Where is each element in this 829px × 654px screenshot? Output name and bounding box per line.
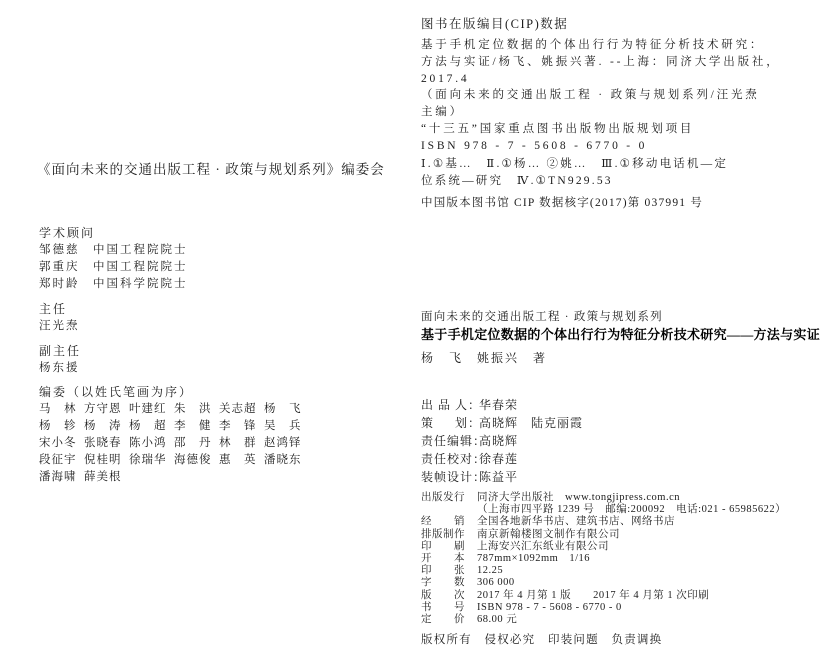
pub-value: ISBN 978 - 7 - 5608 - 6770 - 0: [477, 602, 622, 614]
pub-row: （上海市四平路 1239 号 邮编:200092 电话:021 - 659856…: [421, 504, 786, 516]
member-name: [129, 469, 174, 486]
member-name: 海德俊: [174, 452, 219, 469]
editorial-board-title: 《面向未来的交通出版工程 · 政策与规划系列》编委会: [37, 158, 385, 178]
editorial-members-section: 编委（以姓氏笔画为序） 马 林 方守恩 叶建红 朱 洪 关志超 杨 飞 杨 轸 …: [39, 384, 379, 486]
book-copyright-page: { "left": { "title": "《面向未来的交通出版工程 · 政策与…: [0, 0, 829, 654]
pub-row: 印 刷 上海安兴汇东纸业有限公司: [421, 541, 786, 553]
pub-value: 上海安兴汇东纸业有限公司: [477, 541, 609, 553]
cip-line: “十三五”国家重点图书出版物出版规划项目: [421, 121, 825, 138]
advisors-section: 学术顾问 邹德慈 中国工程院院士 郭重庆 中国工程院院士 郑时龄 中国科学院院士: [39, 225, 379, 293]
advisors-heading: 学术顾问: [39, 225, 379, 242]
pub-label: [421, 504, 477, 516]
staff-value: 徐春莲: [479, 450, 518, 468]
pub-label: 印 刷: [421, 541, 477, 553]
staff-value: 华春荣: [479, 396, 518, 414]
series-name: 面向未来的交通出版工程 · 政策与规划系列: [421, 308, 663, 324]
staff-value: 高晓辉: [479, 432, 518, 450]
member-name: 朱 洪: [174, 401, 219, 418]
member-name: 马 林: [39, 401, 84, 418]
member-name: 叶建红: [129, 401, 174, 418]
advisor-line: 郑时龄 中国科学院院士: [39, 276, 379, 293]
deputy-director-name: 杨东援: [39, 360, 379, 377]
pub-row: 印 张 12.25: [421, 565, 786, 577]
member-name: 惠 英: [219, 452, 264, 469]
pub-row: 定 价 68.00 元: [421, 614, 786, 626]
member-name: [174, 469, 219, 486]
director-section: 主任 汪光焘: [39, 301, 379, 335]
staff-label: 策 划：: [421, 414, 479, 432]
advisor-line: 郭重庆 中国工程院院士: [39, 259, 379, 276]
staff-label: 责任校对：: [421, 450, 479, 468]
director-heading: 主任: [39, 301, 379, 318]
pub-label: 开 本: [421, 553, 477, 565]
cip-body: 基于手机定位数据的个体出行行为特征分析技术研究： 方法与实证/杨飞、姚振兴著. …: [421, 37, 825, 155]
pub-value: （上海市四平路 1239 号 邮编:200092 电话:021 - 659856…: [477, 504, 786, 516]
deputy-director-heading: 副主任: [39, 343, 379, 360]
advisor-line: 邹德慈 中国工程院院士: [39, 242, 379, 259]
pub-value: 787mm×1092mm 1/16: [477, 553, 590, 565]
member-name: 陈小鸿: [129, 435, 174, 452]
cip-line: 方法与实证/杨飞、姚振兴著. --上海：同济大学出版社，: [421, 54, 825, 71]
cip-heading: 图书在版编目(CIP)数据: [421, 14, 568, 32]
cip-class-line: 位系统—研究 Ⅳ.①TN929.53: [421, 173, 825, 190]
member-name: 关志超: [219, 401, 264, 418]
cip-line: 基于手机定位数据的个体出行行为特征分析技术研究：: [421, 37, 825, 54]
staff-row: 策 划： 高晓辉 陆克丽霞: [421, 414, 583, 432]
member-name: 李 锋: [219, 418, 264, 435]
pub-label: 排版制作: [421, 529, 477, 541]
member-name: 李 健: [174, 418, 219, 435]
member-name: 方守恩: [84, 401, 129, 418]
copyright-notice: 版权所有 侵权必究 印装问题 负责调换: [421, 631, 662, 647]
pub-label: 书 号: [421, 602, 477, 614]
pub-row: 版 次 2017 年 4 月第 1 版 2017 年 4 月第 1 次印刷: [421, 590, 786, 602]
staff-list: 出 品 人： 华春荣 策 划： 高晓辉 陆克丽霞 责任编辑： 高晓辉 责任校对：…: [421, 396, 583, 486]
pub-row: 字 数 306 000: [421, 577, 786, 589]
staff-row: 出 品 人： 华春荣: [421, 396, 583, 414]
member-name: 段征宇: [39, 452, 84, 469]
book-title: 基于手机定位数据的个体出行行为特征分析技术研究——方法与实证: [421, 324, 820, 343]
staff-label: 装帧设计：: [421, 468, 479, 486]
staff-label: 责任编辑：: [421, 432, 479, 450]
editorial-members-grid: 马 林 方守恩 叶建红 朱 洪 关志超 杨 飞 杨 轸 杨 涛 杨 超 李 健 …: [39, 401, 379, 486]
pub-value: 12.25: [477, 565, 503, 577]
pub-value: 306 000: [477, 577, 515, 589]
pub-label: 定 价: [421, 614, 477, 626]
staff-row: 责任校对： 徐春莲: [421, 450, 583, 468]
pub-row: 开 本 787mm×1092mm 1/16: [421, 553, 786, 565]
member-name: 薛美根: [84, 469, 129, 486]
pub-value: 全国各地新华书店、建筑书店、网络书店: [477, 516, 675, 528]
pub-value: 南京新翰楼图文制作有限公司: [477, 529, 620, 541]
cip-line: 主编）: [421, 104, 825, 121]
pub-value: 68.00 元: [477, 614, 517, 626]
member-name: 潘海啸: [39, 469, 84, 486]
pub-value: 2017 年 4 月第 1 版 2017 年 4 月第 1 次印刷: [477, 590, 709, 602]
staff-row: 装帧设计： 陈益平: [421, 468, 583, 486]
pub-row: 经 销 全国各地新华书店、建筑书店、网络书店: [421, 516, 786, 528]
staff-value: 陈益平: [479, 468, 518, 486]
deputy-director-section: 副主任 杨东援: [39, 343, 379, 377]
member-name: 赵鸿铎: [264, 435, 309, 452]
cip-line: 2017.4: [421, 71, 825, 88]
staff-label: 出 品 人：: [421, 396, 479, 414]
publication-info: 出版发行 同济大学出版社 www.tongjipress.com.cn （上海市…: [421, 492, 786, 626]
pub-label: 印 张: [421, 565, 477, 577]
member-name: 邵 丹: [174, 435, 219, 452]
member-name: [219, 469, 264, 486]
member-name: 杨 轸: [39, 418, 84, 435]
pub-label: 字 数: [421, 577, 477, 589]
member-name: 张晓春: [84, 435, 129, 452]
cip-record-number: 中国版本图书馆 CIP 数据核字(2017)第 037991 号: [421, 194, 703, 210]
member-name: 林 群: [219, 435, 264, 452]
staff-row: 责任编辑： 高晓辉: [421, 432, 583, 450]
pub-value: 同济大学出版社 www.tongjipress.com.cn: [477, 492, 680, 504]
editorial-members-heading: 编委（以姓氏笔画为序）: [39, 384, 379, 401]
cip-line: （面向未来的交通出版工程 · 政策与规划系列/汪光焘: [421, 87, 825, 104]
pub-label: 出版发行: [421, 492, 477, 504]
pub-row: 书 号 ISBN 978 - 7 - 5608 - 6770 - 0: [421, 602, 786, 614]
cip-isbn-line: ISBN 978 - 7 - 5608 - 6770 - 0: [421, 138, 825, 155]
member-name: [264, 469, 309, 486]
director-name: 汪光焘: [39, 318, 379, 335]
member-name: 杨 涛: [84, 418, 129, 435]
member-name: 杨 超: [129, 418, 174, 435]
member-name: 徐瑞华: [129, 452, 174, 469]
staff-value: 高晓辉 陆克丽霞: [479, 414, 583, 432]
member-name: 杨 飞: [264, 401, 309, 418]
pub-row: 排版制作 南京新翰楼图文制作有限公司: [421, 529, 786, 541]
member-name: 倪桂明: [84, 452, 129, 469]
cip-classification: Ⅰ.①基… Ⅱ.①杨… ②姚… Ⅲ.①移动电话机—定 位系统—研究 Ⅳ.①TN9…: [421, 156, 825, 190]
member-name: 吴 兵: [264, 418, 309, 435]
pub-label: 版 次: [421, 590, 477, 602]
pub-row: 出版发行 同济大学出版社 www.tongjipress.com.cn: [421, 492, 786, 504]
pub-label: 经 销: [421, 516, 477, 528]
member-name: 宋小冬: [39, 435, 84, 452]
cip-class-line: Ⅰ.①基… Ⅱ.①杨… ②姚… Ⅲ.①移动电话机—定: [421, 156, 825, 173]
book-authors: 杨 飞 姚振兴 著: [421, 349, 547, 366]
member-name: 潘晓东: [264, 452, 309, 469]
